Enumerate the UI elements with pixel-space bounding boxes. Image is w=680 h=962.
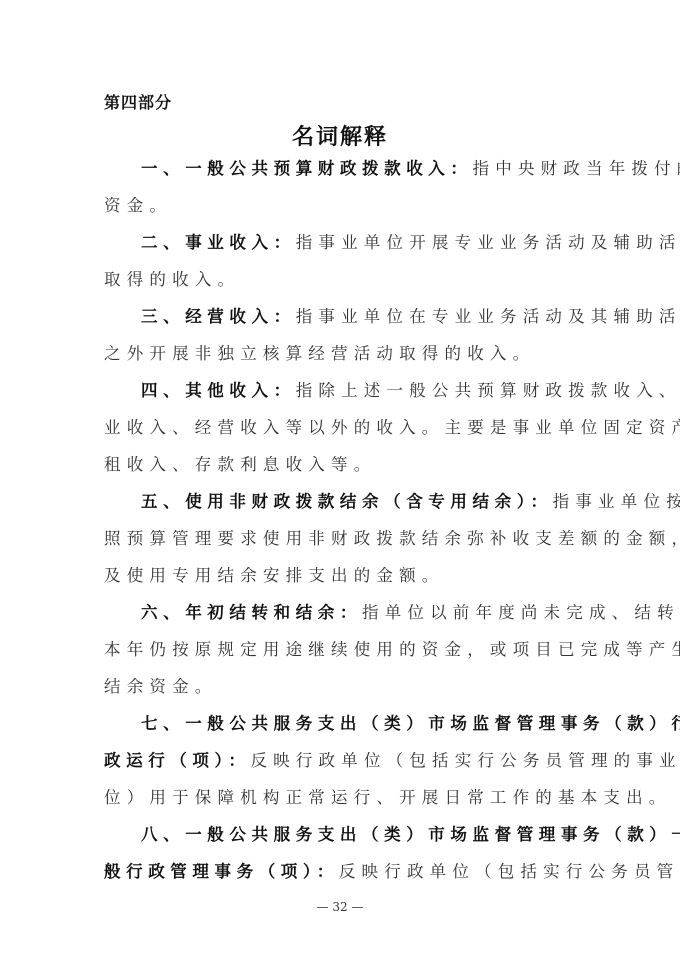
text-line: 五、使用非财政拨款结余（含专用结余）：指事业单位按 [104, 483, 584, 520]
text-line: 六、年初结转和结余：指单位以前年度尚未完成、结转到 [104, 594, 584, 631]
definition-text: 位）用于保障机构正常运行、开展日常工作的基本支出。 [104, 788, 672, 807]
definition-text: 指事业单位开展专业业务活动及辅助活动 [296, 233, 680, 252]
definition-text: 租收入、存款利息收入等。 [104, 455, 376, 474]
definition-text: 照预算管理要求使用非财政拨款结余弥补收支差额的金额，以 [104, 529, 680, 548]
definition-text: 业收入、经营收入等以外的收入。主要是事业单位固定资产出 [104, 418, 680, 437]
text-line: 业收入、经营收入等以外的收入。主要是事业单位固定资产出 [104, 409, 584, 446]
term-label: 三、经营收入： [141, 307, 296, 326]
definition-text: 及使用专用结余安排支出的金额。 [104, 566, 445, 585]
definition-text: 指事业单位在专业业务活动及其辅助活动 [296, 307, 680, 326]
definition-text: 反映行政单位（包括实行公务员管理的事业单 [250, 751, 680, 770]
text-line: 三、经营收入：指事业单位在专业业务活动及其辅助活动 [104, 298, 584, 335]
definition-text: 指中央财政当年拨付的 [473, 159, 680, 178]
term-label: 二、事业收入： [141, 233, 296, 252]
definition-text: 之外开展非独立核算经营活动取得的收入。 [104, 344, 535, 363]
definition-text: 结余资金。 [104, 677, 218, 696]
text-line: 八、一般公共服务支出（类）市场监督管理事务（款）一 [104, 816, 584, 853]
page-number: — 32 — [0, 900, 680, 914]
text-line: 四、其他收入：指除上述一般公共预算财政拨款收入、事 [104, 372, 584, 409]
term-label: 八、一般公共服务支出（类）市场监督管理事务（款）一 [141, 825, 680, 844]
part-label: 第四部分 [104, 90, 172, 113]
term-label: 四、其他收入： [141, 381, 296, 400]
text-line: 及使用专用结余安排支出的金额。 [104, 557, 584, 594]
text-line: 二、事业收入：指事业单位开展专业业务活动及辅助活动 [104, 224, 584, 261]
text-line: 位）用于保障机构正常运行、开展日常工作的基本支出。 [104, 779, 584, 816]
text-line: 资金。 [104, 187, 584, 224]
document-page: 第四部分 名词解释 一、一般公共预算财政拨款收入：指中央财政当年拨付的资金。二、… [0, 0, 680, 962]
term-label: 五、使用非财政拨款结余（含专用结余）： [141, 492, 553, 511]
text-line: 七、一般公共服务支出（类）市场监督管理事务（款）行 [104, 705, 584, 742]
definition-text: 反映行政单位（包括实行公务员管理 [339, 862, 680, 881]
definition-text: 指事业单位按 [553, 492, 680, 511]
definition-text: 本年仍按原规定用途继续使用的资金，或项目已完成等产生的 [104, 640, 680, 659]
definition-text: 资金。 [104, 196, 172, 215]
text-line: 之外开展非独立核算经营活动取得的收入。 [104, 335, 584, 372]
definition-text: 指单位以前年度尚未完成、结转到 [362, 603, 680, 622]
definition-text: 指除上述一般公共预算财政拨款收入、事 [296, 381, 680, 400]
term-label: 七、一般公共服务支出（类）市场监督管理事务（款）行 [141, 714, 680, 733]
page-title: 名词解释 [0, 120, 680, 151]
text-line: 租收入、存款利息收入等。 [104, 446, 584, 483]
text-line: 般行政管理事务（项）：反映行政单位（包括实行公务员管理 [104, 853, 584, 890]
text-line: 结余资金。 [104, 668, 584, 705]
term-label: 政运行（项）： [104, 751, 250, 770]
term-label: 般行政管理事务（项）： [104, 862, 339, 881]
term-label: 六、年初结转和结余： [141, 603, 362, 622]
text-line: 本年仍按原规定用途继续使用的资金，或项目已完成等产生的 [104, 631, 584, 668]
glossary-body: 一、一般公共预算财政拨款收入：指中央财政当年拨付的资金。二、事业收入：指事业单位… [104, 150, 584, 890]
text-line: 照预算管理要求使用非财政拨款结余弥补收支差额的金额，以 [104, 520, 584, 557]
text-line: 取得的收入。 [104, 261, 584, 298]
definition-text: 取得的收入。 [104, 270, 240, 289]
term-label: 一、一般公共预算财政拨款收入： [141, 159, 473, 178]
text-line: 政运行（项）：反映行政单位（包括实行公务员管理的事业单 [104, 742, 584, 779]
text-line: 一、一般公共预算财政拨款收入：指中央财政当年拨付的 [104, 150, 584, 187]
